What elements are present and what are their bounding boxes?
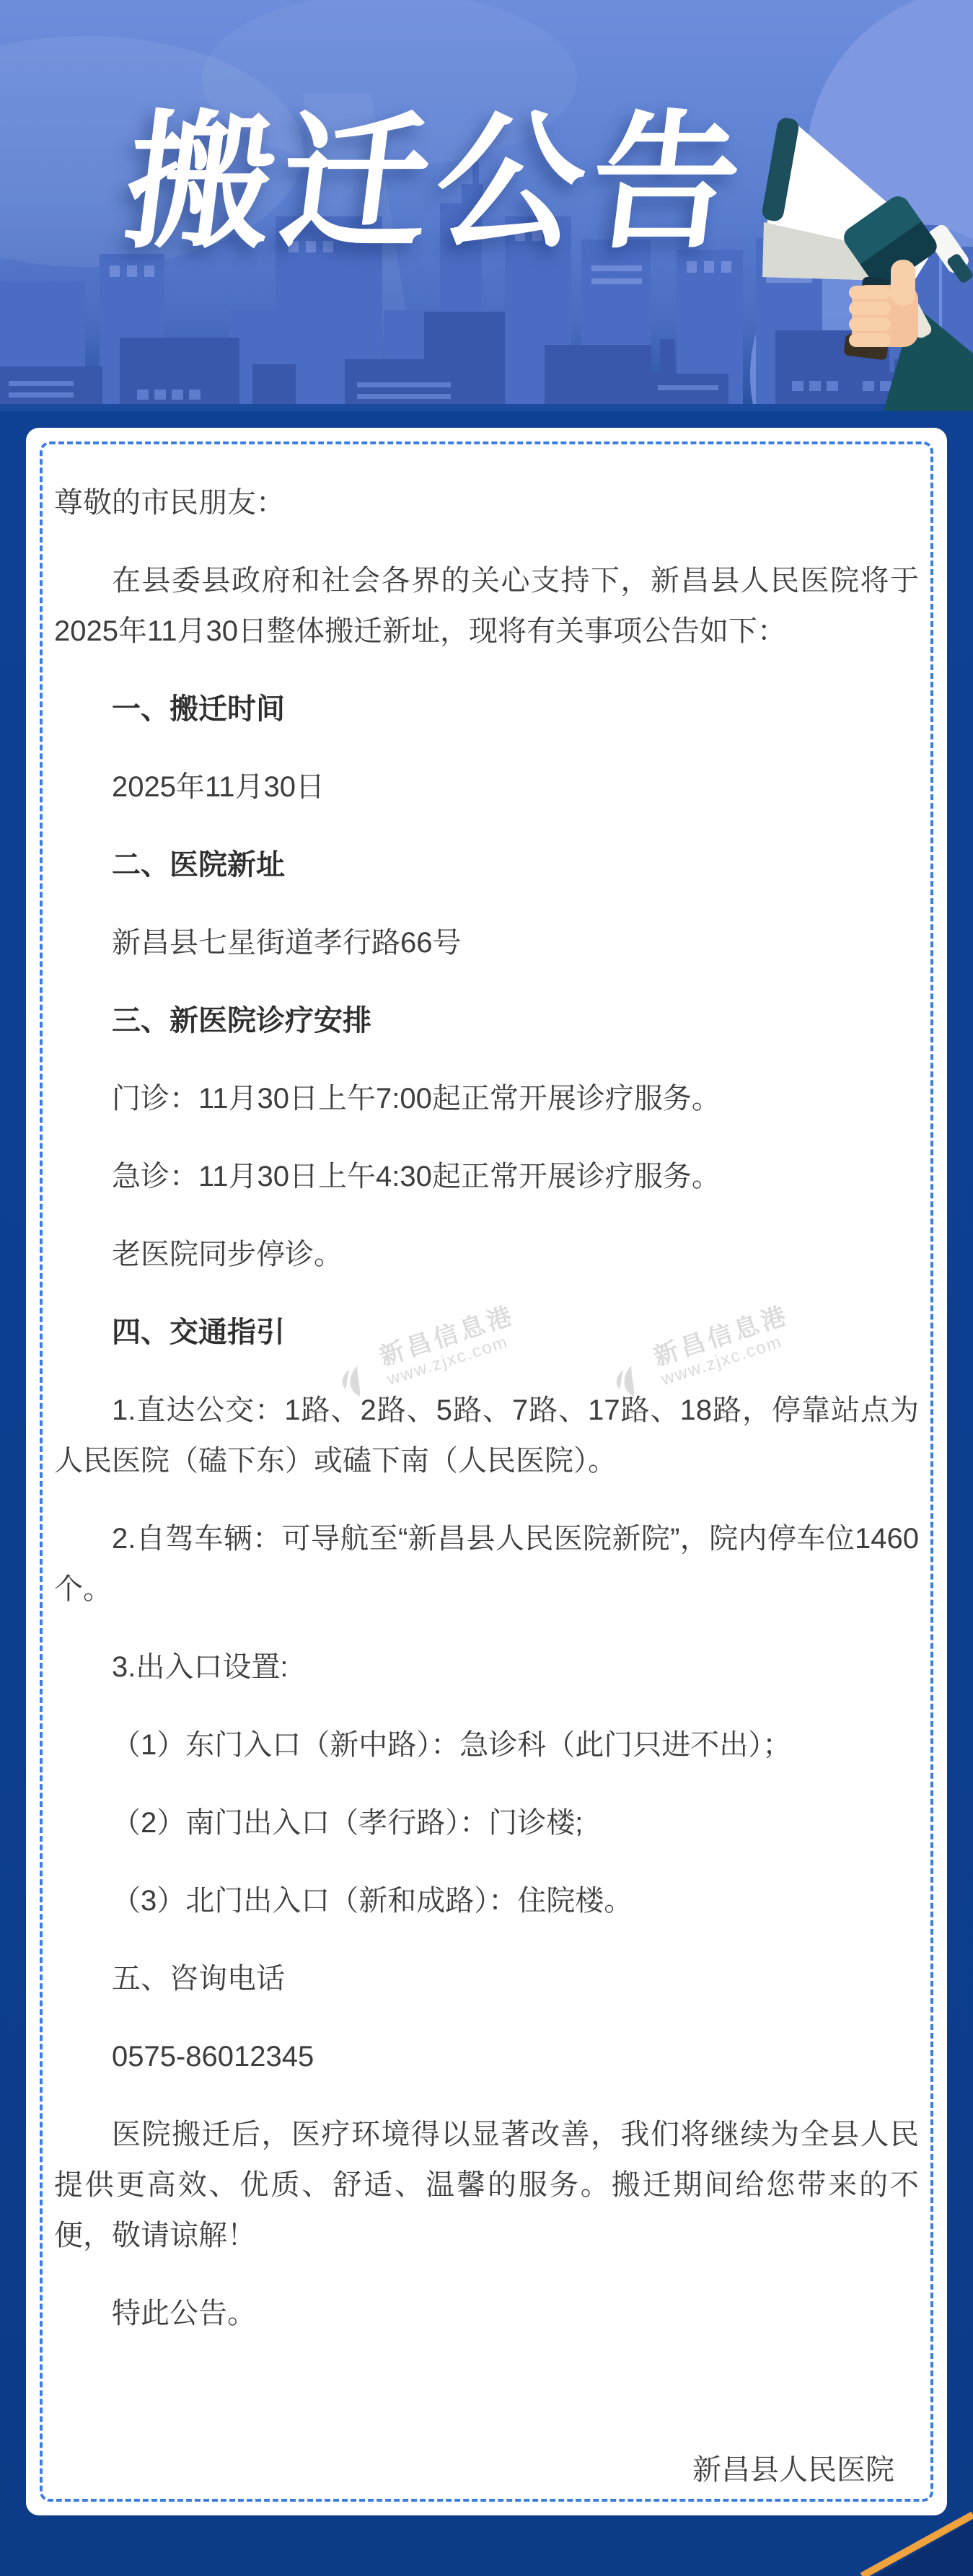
section4-item-driving: 2.自驾车辆：可导航至“新昌县人民医院新院”，院内停车位1460个。 bbox=[54, 1513, 919, 1614]
announcement-card: 尊敬的市民朋友： 在县委县政府和社会各界的关心支持下，新昌县人民医院将于2025… bbox=[26, 428, 947, 2515]
section4-item-bus: 1.直达公交：1路、2路、5路、7路、17路、18路，停靠站点为人民医院（磕下东… bbox=[54, 1385, 919, 1486]
poster-header: 搬迁公告 bbox=[0, 0, 973, 411]
salutation: 尊敬的市民朋友： bbox=[54, 478, 919, 528]
phone-number: 0575-86012345 bbox=[54, 2031, 919, 2082]
intro-paragraph: 在县委县政府和社会各界的关心支持下，新昌县人民医院将于2025年11月30日整体… bbox=[54, 555, 919, 656]
closing-paragraph: 医院搬迁后，医疗环境得以显著改善，我们将继续为全县人民提供更高效、优质、舒适、温… bbox=[54, 2109, 919, 2261]
megaphone-icon bbox=[742, 65, 973, 411]
section1-title: 一、搬迁时间 bbox=[54, 684, 919, 734]
gate-north: （3）北门出入口（新和成路）：住院楼。 bbox=[54, 1876, 919, 1926]
gate-south: （2）南门出入口（孝行路）：门诊楼; bbox=[54, 1798, 919, 1848]
section3-item-old-hospital: 老医院同步停诊。 bbox=[54, 1229, 919, 1280]
relocation-announcement-poster: 搬迁公告 bbox=[0, 0, 973, 2576]
footer-navy-triangle bbox=[875, 2520, 973, 2576]
section3-item-outpatient: 门诊：11月30日上午7:00起正常开展诊疗服务。 bbox=[54, 1073, 919, 1124]
section4-title: 四、交通指引 bbox=[54, 1307, 919, 1358]
section1-body: 2025年11月30日 bbox=[54, 762, 919, 812]
thumb bbox=[891, 260, 915, 306]
section3-item-emergency: 急诊：11月30日上午4:30起正常开展诊疗服务。 bbox=[54, 1151, 919, 1202]
dashed-border-frame: 尊敬的市民朋友： 在县委县政府和社会各界的关心支持下，新昌县人民医院将于2025… bbox=[40, 441, 933, 2502]
section2-body: 新昌县七星街道孝行路66号 bbox=[54, 918, 919, 968]
section2-title: 二、医院新址 bbox=[54, 840, 919, 890]
section5-title: 五、咨询电话 bbox=[54, 1953, 919, 2004]
section3-title: 三、新医院诊疗安排 bbox=[54, 995, 919, 1046]
gate-east: （1）东门入口（新中路）：急诊科（此门只进不出）； bbox=[54, 1720, 919, 1770]
section4-item-gates: 3.出入口设置: bbox=[54, 1642, 919, 1692]
closing-statement: 特此公告。 bbox=[54, 2288, 919, 2339]
footer-corner-decoration bbox=[0, 2482, 973, 2576]
